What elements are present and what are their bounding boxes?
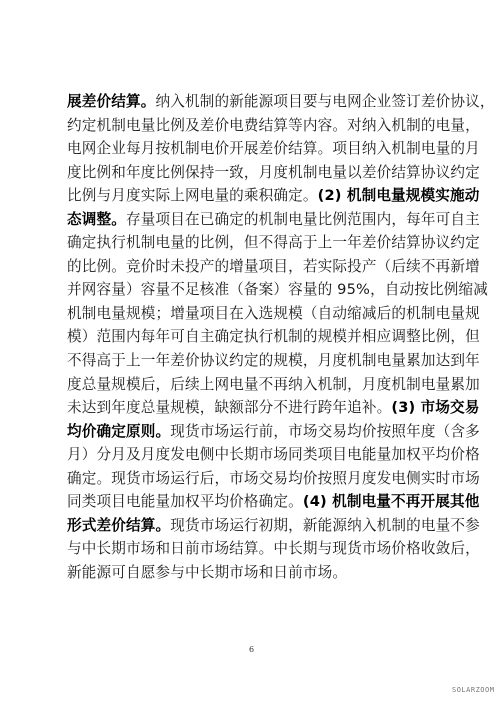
- document-body: 展差价结算。纳入机制的新能源项目要与电网企业签订差价协议，约定机制电量比例及差价…: [67, 90, 445, 584]
- watermark: SOLARZOOM: [452, 686, 494, 694]
- body-text: 模）范围内每年可自主确定执行机制的规模并相应调整比例，但: [67, 328, 480, 345]
- body-text: 现货市场运行初期，新能源纳入机制的电量不参: [170, 517, 480, 534]
- body-text: 电网企业每月按机制电价开展差价结算。项目纳入机制电量的月: [67, 140, 480, 157]
- body-text: 不得高于上一年差价协议约定的规模，月度机制电量累加达到年: [67, 352, 480, 369]
- body-text: 同类项目电能量加权平均价格确定。: [67, 493, 303, 510]
- text-line: 未达到年度总量规模，缺额部分不进行跨年追补。(3) 市场交易: [67, 396, 445, 420]
- text-line: 模）范围内每年可自主确定执行机制的规模并相应调整比例，但: [67, 325, 445, 349]
- bold-heading-text: (2) 机制电量规模实施动: [318, 187, 480, 204]
- page-number: 6: [249, 645, 254, 654]
- body-text: 月）分月及月度发电侧中长期市场同类项目电能量加权平均价格: [67, 446, 480, 463]
- bold-heading-text: 均价确定原则。: [67, 423, 170, 440]
- text-line: 新能源可自愿参与中长期市场和日前市场。: [67, 561, 445, 585]
- text-line: 与中长期市场和日前市场结算。中长期与现货市场价格收敛后，: [67, 537, 445, 561]
- body-text: 存量项目在已确定的机制电量比例范围内，每年可自主: [126, 211, 480, 228]
- text-line: 展差价结算。纳入机制的新能源项目要与电网企业签订差价协议，: [67, 90, 445, 114]
- body-text: 未达到年度总量规模，缺额部分不进行跨年追补。: [67, 399, 391, 416]
- text-line: 均价确定原则。现货市场运行前，市场交易均价按照年度（含多: [67, 420, 445, 444]
- body-text: 的比例。竞价时未投产的增量项目，若实际投产（后续不再新增: [67, 258, 480, 275]
- body-text: 现货市场运行前，市场交易均价按照年度（含多: [170, 423, 480, 440]
- bold-heading-text: (4) 机制电量不再开展其他: [303, 493, 480, 510]
- text-line: 机制电量规模；增量项目在入选规模（自动缩减后的机制电量规: [67, 302, 445, 326]
- body-text: 度比例和年度比例保持一致，月度机制电量以差价结算协议约定: [67, 164, 480, 181]
- text-line: 确定执行机制电量的比例，但不得高于上一年差价结算协议约定: [67, 231, 445, 255]
- text-line: 态调整。存量项目在已确定的机制电量比例范围内，每年可自主: [67, 208, 445, 232]
- text-line: 并网容量）容量不足核准（备案）容量的 95%，自动按比例缩减: [67, 278, 445, 302]
- body-text: 确定执行机制电量的比例，但不得高于上一年差价结算协议约定: [67, 234, 480, 251]
- body-text: 度总量规模后，后续上网电量不再纳入机制，月度机制电量累加: [67, 376, 480, 393]
- body-text: 并网容量）容量不足核准（备案）容量的 95%，自动按比例缩减: [67, 281, 488, 298]
- body-text: 机制电量规模；增量项目在入选规模（自动缩减后的机制电量规: [67, 305, 480, 322]
- text-line: 度总量规模后，后续上网电量不再纳入机制，月度机制电量累加: [67, 373, 445, 397]
- text-line: 确定。现货市场运行后，市场交易均价按照月度发电侧实时市场: [67, 467, 445, 491]
- text-line: 的比例。竞价时未投产的增量项目，若实际投产（后续不再新增: [67, 255, 445, 279]
- text-line: 电网企业每月按机制电价开展差价结算。项目纳入机制电量的月: [67, 137, 445, 161]
- text-line: 约定机制电量比例及差价电费结算等内容。对纳入机制的电量，: [67, 114, 445, 138]
- text-line: 月）分月及月度发电侧中长期市场同类项目电能量加权平均价格: [67, 443, 445, 467]
- bold-heading-text: 形式差价结算。: [67, 517, 170, 534]
- bold-heading-text: 展差价结算。: [67, 93, 155, 110]
- bold-heading-text: (3) 市场交易: [391, 399, 479, 416]
- body-text: 纳入机制的新能源项目要与电网企业签订差价协议，: [155, 93, 494, 110]
- text-line: 同类项目电能量加权平均价格确定。(4) 机制电量不再开展其他: [67, 490, 445, 514]
- text-line: 度比例和年度比例保持一致，月度机制电量以差价结算协议约定: [67, 161, 445, 185]
- body-text: 确定。现货市场运行后，市场交易均价按照月度发电侧实时市场: [67, 470, 480, 487]
- body-text: 约定机制电量比例及差价电费结算等内容。对纳入机制的电量，: [67, 117, 480, 134]
- body-text: 比例与月度实际上网电量的乘积确定。: [67, 187, 318, 204]
- body-text: 与中长期市场和日前市场结算。中长期与现货市场价格收敛后，: [67, 540, 480, 557]
- text-line: 不得高于上一年差价协议约定的规模，月度机制电量累加达到年: [67, 349, 445, 373]
- text-line: 比例与月度实际上网电量的乘积确定。(2) 机制电量规模实施动: [67, 184, 445, 208]
- text-line: 形式差价结算。现货市场运行初期，新能源纳入机制的电量不参: [67, 514, 445, 538]
- body-text: 新能源可自愿参与中长期市场和日前市场。: [67, 564, 347, 581]
- bold-heading-text: 态调整。: [67, 211, 126, 228]
